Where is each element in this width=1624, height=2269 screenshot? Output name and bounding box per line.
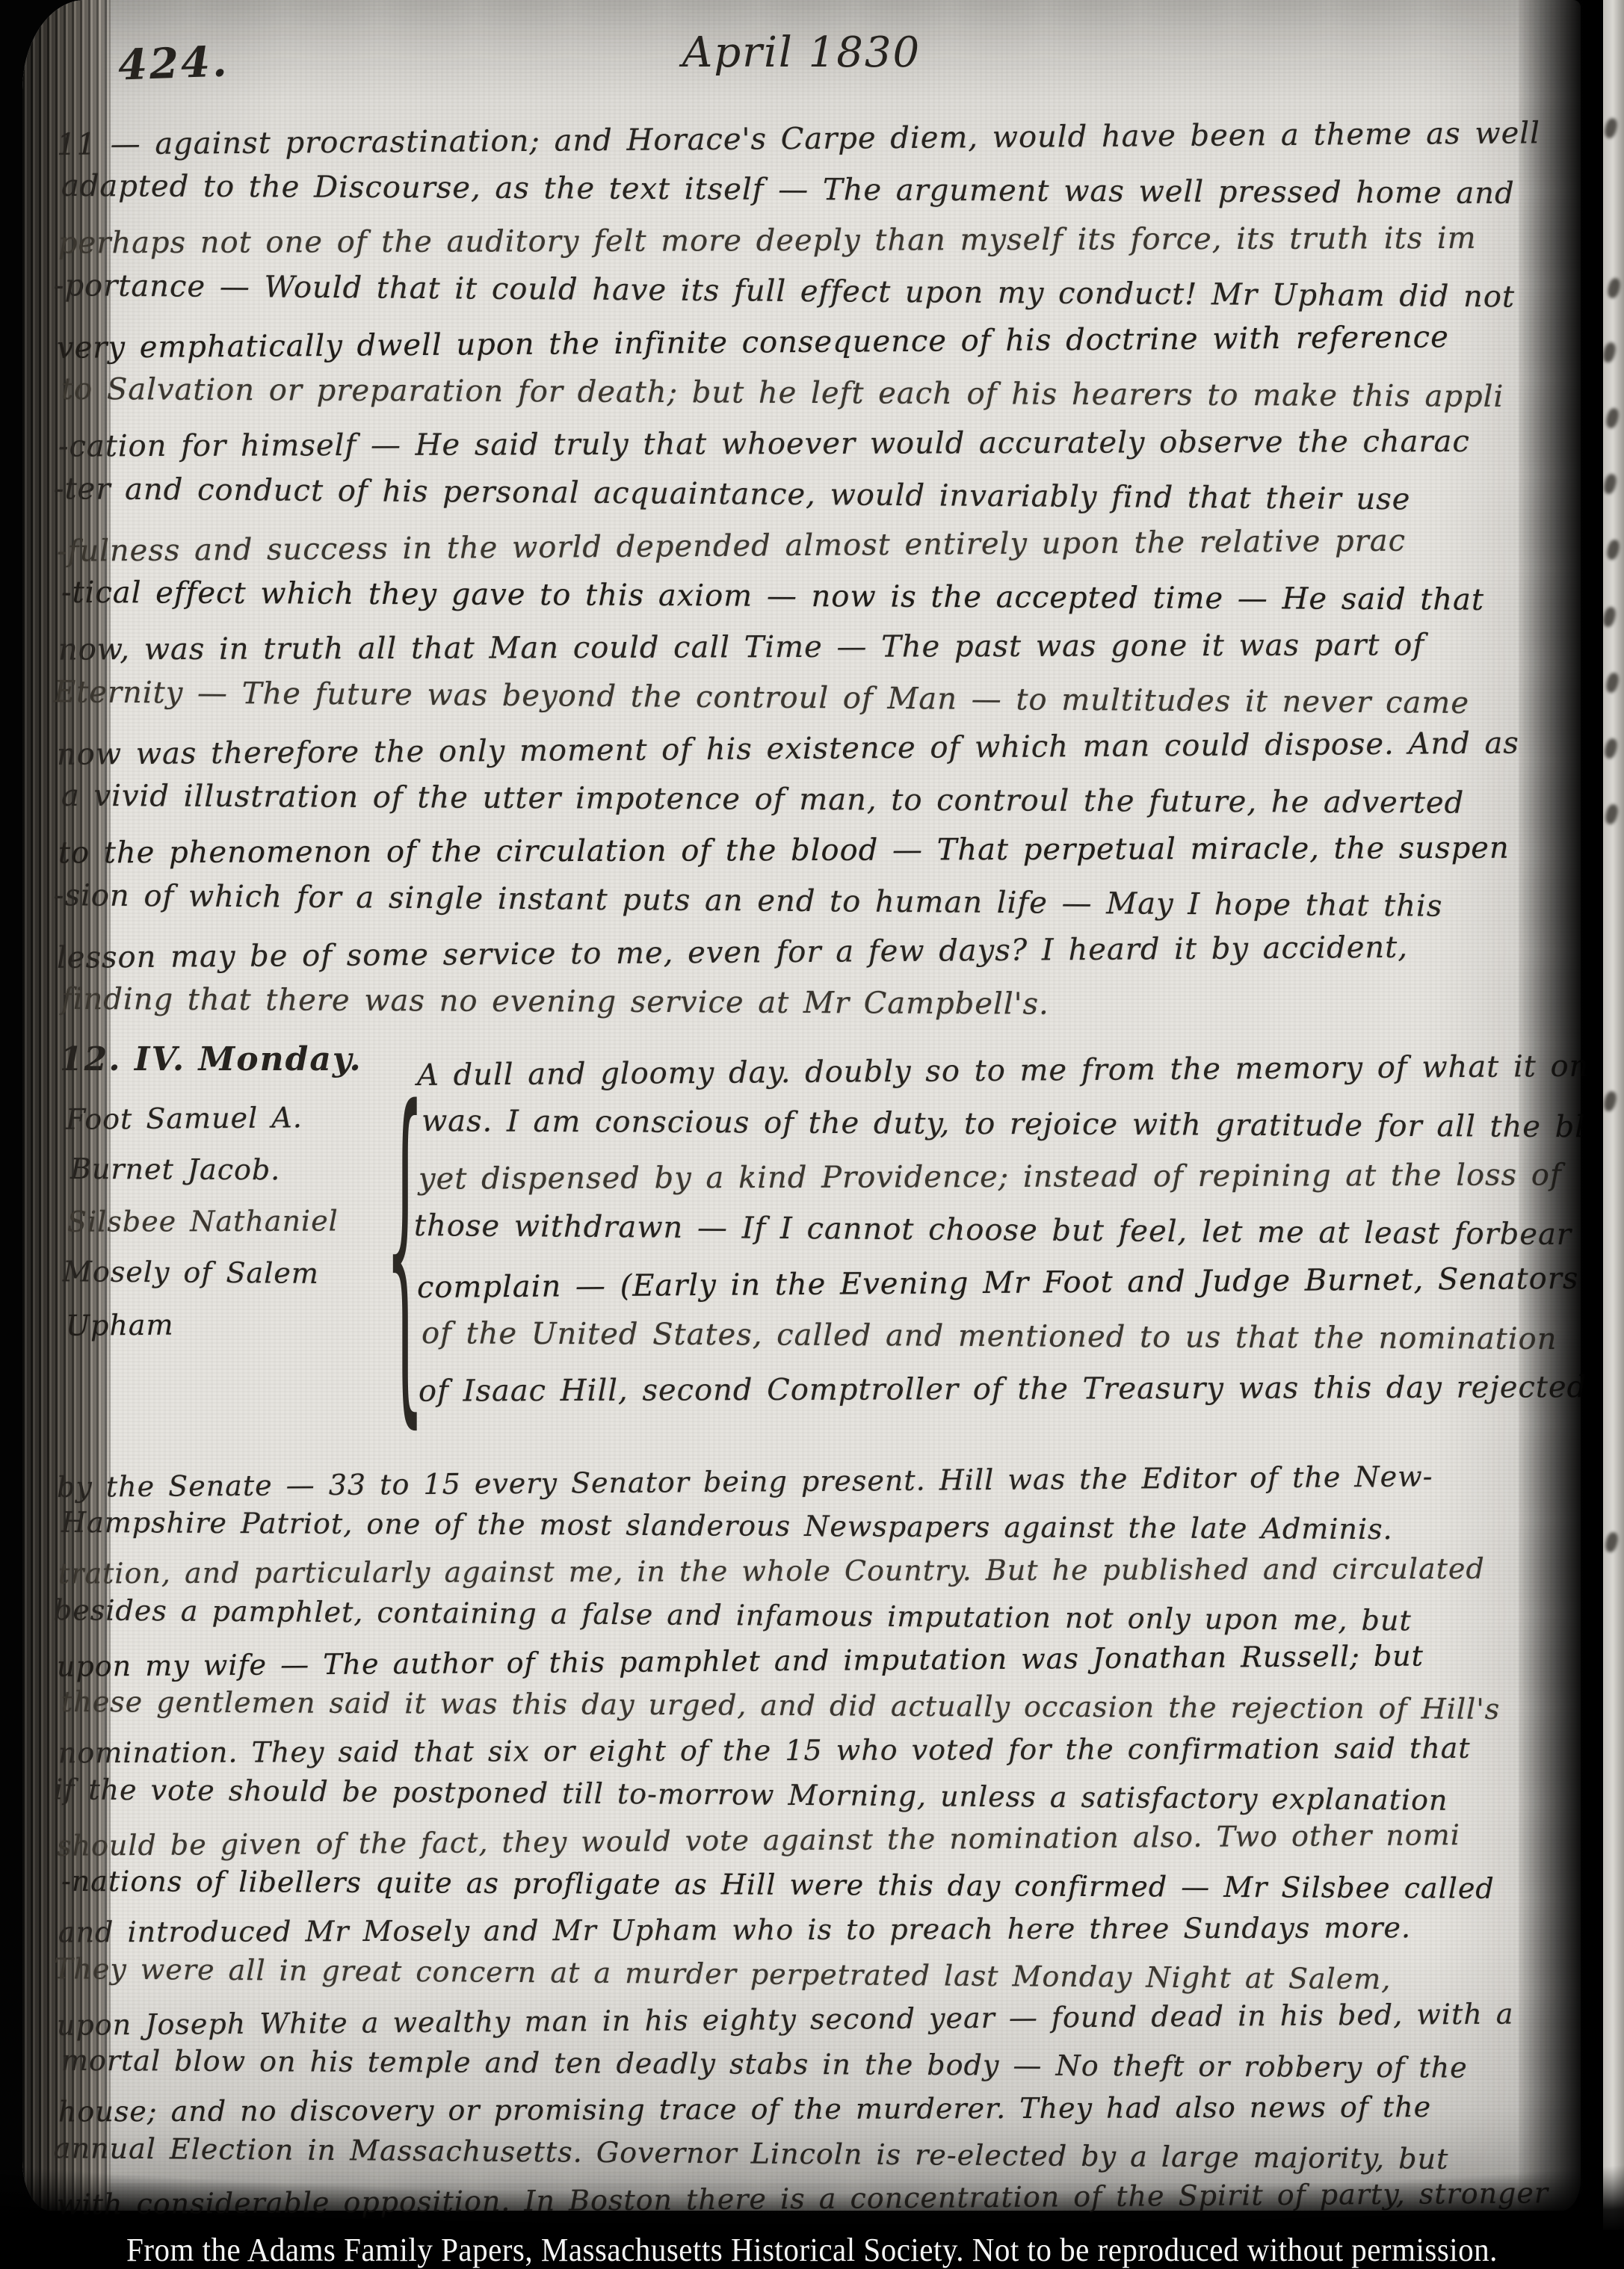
manuscript-line: now, was in truth all that Man could cal…: [58, 620, 1549, 676]
manuscript-line: of Isaac Hill, second Comptroller of the…: [419, 1361, 1554, 1418]
manuscript-line: complain — (Early in the Evening Mr Foot…: [417, 1253, 1554, 1315]
manuscript-line: was. I am conscious of the duty, to rejo…: [422, 1095, 1557, 1154]
manuscript-line: these gentlemen said it was this day urg…: [61, 1679, 1552, 1732]
manuscript-line: mortal blow on his temple and ten deadly…: [61, 2038, 1552, 2090]
manuscript-line: a vivid illustration of the utter impote…: [61, 771, 1552, 829]
entry-april-12-date: 12. IV. Monday.: [60, 1040, 362, 1078]
facing-page-ink-fragment: [1605, 407, 1620, 430]
manuscript-line: to the phenomenon of the circulation of …: [58, 823, 1549, 879]
manuscript-line: finding that there was no evening servic…: [61, 974, 1552, 1032]
margin-name: Burnet Jacob.: [70, 1143, 407, 1197]
facing-page-ink-fragment: [1604, 1531, 1620, 1554]
margin-name: Mosely of Salem: [63, 1246, 400, 1300]
margin-name: Foot Samuel A.: [66, 1091, 403, 1146]
manuscript-page: 424. April 1830 11 — against procrastina…: [22, 0, 1581, 2211]
entry-april-12-indented-text: A dull and gloomy day. doubly so to me f…: [417, 1045, 1553, 1416]
manuscript-line: -nations of libellers quite as profligat…: [61, 1859, 1552, 1911]
header-date: April 1830: [22, 28, 1581, 77]
margin-name: Upham: [66, 1297, 403, 1352]
manuscript-line: 11 — against procrastination; and Horace…: [57, 108, 1548, 170]
manuscript-line: to Salvation or preparation for death; b…: [61, 364, 1552, 422]
book-gutter: [1517, 0, 1603, 2269]
manuscript-line: very emphatically dwell upon the infinit…: [57, 311, 1548, 374]
manuscript-line: nomination. They said that six or eight …: [58, 1726, 1549, 1776]
facing-page-ink-fragment: [1603, 738, 1619, 760]
facing-page-ink-fragment: [1602, 473, 1618, 496]
facing-page-ink-fragment: [1603, 117, 1619, 140]
entry-april-12-margin-names: Foot Samuel A.Burnet Jacob.Silsbee Natha…: [66, 1093, 402, 1350]
manuscript-line: perhaps not one of the auditory felt mor…: [58, 213, 1549, 269]
margin-name: Silsbee Nathaniel: [67, 1195, 404, 1248]
manuscript-line: lesson may be of some service to me, eve…: [57, 921, 1548, 984]
facing-page-ink-fragment: [1602, 342, 1617, 364]
manuscript-line: house; and no discovery or promising tra…: [58, 2084, 1549, 2134]
manuscript-line: adapted to the Discourse, as the text it…: [61, 161, 1552, 219]
attribution-text: From the Adams Family Papers, Massachuse…: [126, 2230, 1498, 2269]
manuscript-line: yet dispensed by a kind Providence; inst…: [419, 1149, 1554, 1205]
manuscript-line: and introduced Mr Mosely and Mr Upham wh…: [58, 1905, 1549, 1955]
manuscript-line: now was therefore the only moment of his…: [57, 717, 1548, 780]
scanned-diary-photo: 424. April 1830 11 — against procrastina…: [0, 0, 1624, 2269]
facing-page-ink-fragment: [1605, 672, 1620, 694]
facing-page-ink-fragment: [1602, 1090, 1618, 1113]
facing-page-ink-fragment: [1605, 539, 1621, 561]
manuscript-line: of the United States, called and mention…: [422, 1307, 1557, 1366]
manuscript-line: tration, and particularly against me, in…: [58, 1546, 1549, 1596]
manuscript-line: -tical effect which they gave to this ax…: [61, 567, 1552, 626]
manuscript-line: Hampshire Patriot, one of the most sland…: [61, 1500, 1552, 1552]
manuscript-line: -fulness and success in the world depend…: [57, 514, 1548, 577]
manuscript-line: those withdrawn — If I cannot choose but…: [414, 1200, 1551, 1262]
photo-bottom-edge: [0, 2146, 1624, 2233]
facing-page-ink-fragment: [1602, 606, 1617, 629]
manuscript-line: -cation for himself — He said truly that…: [58, 416, 1549, 472]
entry-april-12-full-text: by the Senate — 33 to 15 every Senator b…: [57, 1459, 1548, 2221]
attribution-bar: From the Adams Family Papers, Massachuse…: [0, 2230, 1624, 2269]
manuscript-line: A dull and gloomy day. doubly so to me f…: [417, 1040, 1554, 1102]
facing-page-ink-fragment: [1606, 277, 1622, 300]
entry-april-11-text: 11 — against procrastination; and Horace…: [57, 114, 1548, 1028]
facing-page-ink-fragment: [1604, 803, 1620, 826]
